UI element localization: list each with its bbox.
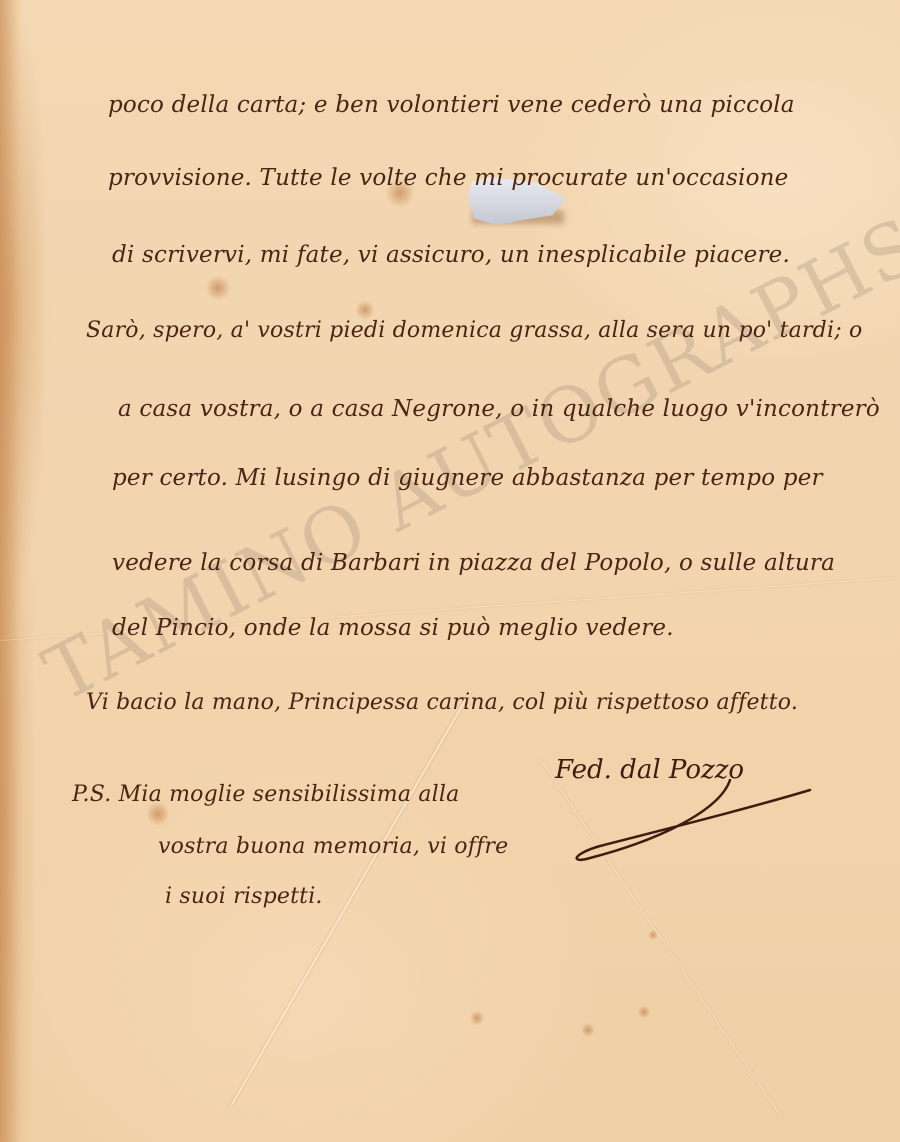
underline-mark: mossa xyxy=(332,615,406,641)
closing-line: Vi bacio la mano, Principessa carina, co… xyxy=(86,690,798,715)
paper-edge-stain xyxy=(0,0,22,1142)
letter-line: a casa vostra, o a casa Negrone, o in qu… xyxy=(118,396,880,422)
letter-line: mossa del Pincio, onde la mossa si può m… xyxy=(112,615,674,641)
letter-line: Sarò, spero, a' vostri piedi domenica gr… xyxy=(86,318,862,343)
postscript-line: i suoi rispetti. xyxy=(165,884,323,909)
letter-line: di scrivervi, mi fate, vi assicuro, un i… xyxy=(112,242,790,268)
postscript-line: P.S. Mia moglie sensibilissima alla xyxy=(72,782,459,807)
foxing-stain xyxy=(355,300,375,320)
postscript-line: vostra buona memoria, vi offre xyxy=(158,834,508,859)
letter-line: vedere la corsa di Barbari in piazza del… xyxy=(112,550,835,576)
letter-line: poco della carta; e ben volontieri vene … xyxy=(108,92,795,118)
foxing-stain xyxy=(205,275,231,301)
foxing-stain xyxy=(470,1010,484,1026)
signature-flourish xyxy=(560,770,820,870)
letter-page: TAMINO AUTOGRAPHS poco della carta; e be… xyxy=(0,0,900,1142)
letter-line: per certo. Mi lusingo di giugnere abbast… xyxy=(112,465,823,491)
foxing-stain xyxy=(638,1005,650,1019)
foxing-stain xyxy=(582,1022,594,1038)
watermark: TAMINO AUTOGRAPHS xyxy=(30,199,900,719)
letter-line: provvisione. Tutte le volte che mi procu… xyxy=(108,165,789,191)
